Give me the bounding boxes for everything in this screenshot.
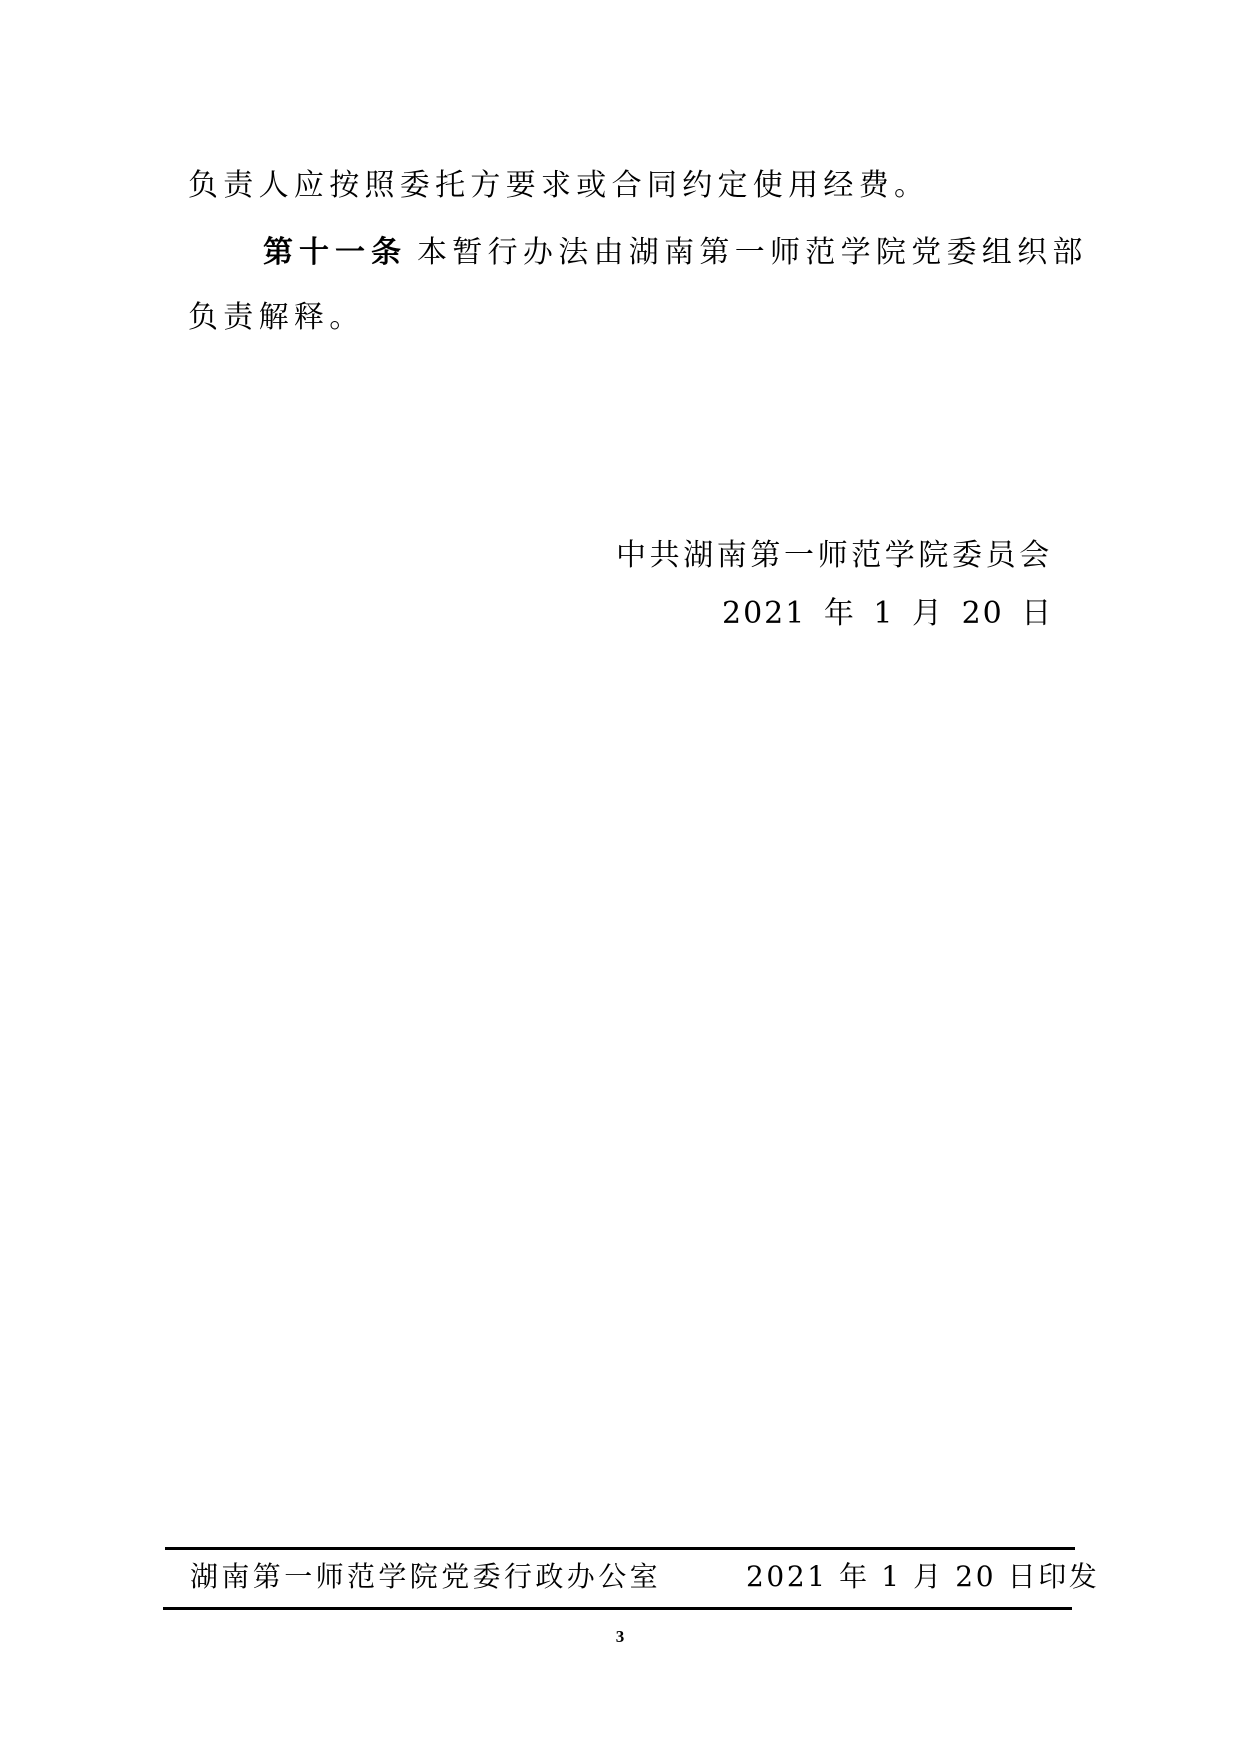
- article-text: 本暂行办法由湖南第一师范学院党委组织部: [417, 235, 1088, 270]
- article-eleven: 第十一条本暂行办法由湖南第一师范学院党委组织部: [263, 235, 1088, 271]
- footer-bottom-rule: [163, 1607, 1072, 1610]
- signature-date: 2021 年 1 月 20 日: [722, 596, 1053, 632]
- article-eleven-continuation: 负责解释。: [188, 300, 365, 336]
- signature-organization: 中共湖南第一师范学院委员会: [616, 538, 1053, 574]
- footer-top-rule: [165, 1547, 1075, 1550]
- footer-issuer: 湖南第一师范学院党委行政办公室: [190, 1559, 661, 1595]
- article-label: 第十一条: [263, 235, 407, 270]
- document-page: 负责人应按照委托方要求或合同约定使用经费。 第十一条本暂行办法由湖南第一师范学院…: [0, 0, 1241, 1755]
- footer-issue-date: 2021 年 1 月 20 日印发: [746, 1559, 1099, 1595]
- page-number: 3: [608, 1627, 632, 1647]
- paragraph-continuation: 负责人应按照委托方要求或合同约定使用经费。: [188, 168, 929, 204]
